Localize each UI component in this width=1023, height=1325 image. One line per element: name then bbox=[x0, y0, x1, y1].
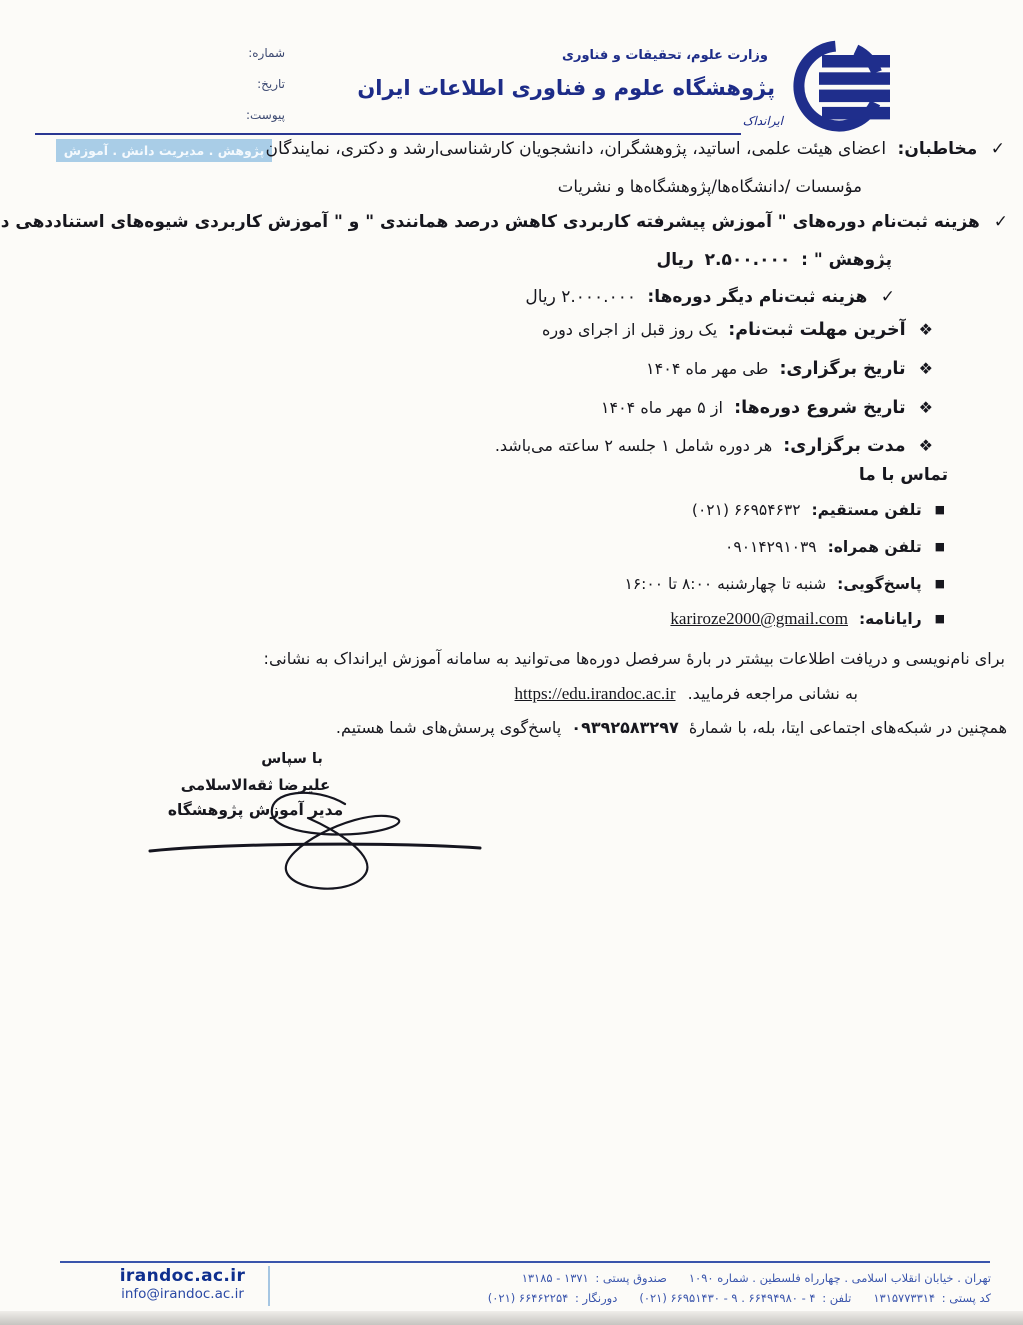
duration-value: هر دوره شامل ۱ جلسه ۲ ساعته می‌باشد. bbox=[495, 436, 772, 455]
fee-courses-line2: پژوهش " : ۲.۵۰۰.۰۰۰ ریال bbox=[656, 250, 892, 270]
footer-email-link[interactable]: info@irandoc.ac.ir bbox=[95, 1286, 270, 1302]
diamond-icon: ❖ bbox=[919, 359, 933, 378]
phone-mobile-label: تلفن همراه: bbox=[828, 538, 922, 556]
fee-courses-prefix: پژوهش " : bbox=[801, 250, 892, 270]
check-icon: ✓ bbox=[994, 212, 1008, 232]
closing-paragraph-line1: برای نام‌نویسی و دریافت اطلاعات بیشتر در… bbox=[264, 649, 1005, 668]
fax-value: (۰۲۱) ۶۶۴۶۲۲۵۴ bbox=[488, 1291, 569, 1305]
edu-portal-link[interactable]: https://edu.irandoc.ac.ir bbox=[515, 684, 676, 703]
fee-other-line: ✓ هزینه ثبت‌نام دیگر دوره‌ها: ۲.۰۰۰.۰۰۰ … bbox=[525, 287, 895, 307]
phone-mobile-line: ■ تلفن همراه: ۰۹۰۱۴۲۹۱۰۳۹ bbox=[725, 538, 945, 556]
footer-address-line2: کد پستی : ۱۳۱۵۷۷۳۳۱۴تلفن : (۰۲۱) ۶۶۹۵۱۴۳… bbox=[488, 1288, 991, 1308]
footer-web-block: irandoc.ac.ir info@irandoc.ac.ir bbox=[95, 1266, 270, 1302]
fee-courses-text: هزینه ثبت‌نام دوره‌های " آموزش پیشرفته ک… bbox=[0, 212, 980, 232]
start-date-label: تاریخ شروع دوره‌ها: bbox=[734, 398, 905, 418]
square-bullet-icon: ■ bbox=[935, 577, 945, 590]
square-bullet-icon: ■ bbox=[935, 540, 945, 553]
irandoc-logo-icon bbox=[792, 36, 905, 136]
duration-line: ❖ مدت برگزاری: هر دوره شامل ۱ جلسه ۲ ساع… bbox=[495, 436, 933, 456]
date-field-label: تاریخ: bbox=[246, 77, 285, 91]
start-date-value: از ۵ مهر ماه ۱۴۰۴ bbox=[601, 398, 723, 417]
institute-name: پژوهشگاه علوم و فناوری اطلاعات ایران bbox=[357, 76, 775, 100]
postcode-label: کد پستی : bbox=[942, 1291, 991, 1305]
closing-url-line: به نشانی مراجعه فرمایید. https://edu.ira… bbox=[515, 684, 858, 704]
attachment-field-label: پیوست: bbox=[246, 108, 285, 122]
event-date-line: ❖ تاریخ برگزاری: طی مهر ماه ۱۴۰۴ bbox=[646, 359, 933, 379]
contact-title: تماس با ما bbox=[859, 465, 948, 485]
social-text-post: پاسخ‌گوی پرسش‌های شما هستیم. bbox=[336, 718, 561, 737]
hours-label: پاسخ‌گویی: bbox=[837, 575, 922, 593]
social-text-pre: همچنین در شبکه‌های اجتماعی ایتا، بله، با… bbox=[689, 718, 1007, 737]
footer-tel: تلفن : (۰۲۱) ۶۶۹۵۱۴۳۰ - ۹ . ۶۶۴۹۴۹۸۰ - ۴ bbox=[639, 1291, 851, 1305]
scanned-letter-page: شماره: تاریخ: پیوست: وزارت علوم، تحقیقات… bbox=[0, 0, 1023, 1325]
header-rule bbox=[35, 133, 741, 135]
ministry-name: وزارت علوم، تحقیقات و فناوری bbox=[562, 48, 768, 63]
deadline-label: آخرین مهلت ثبت‌نام: bbox=[728, 320, 905, 340]
audience-line2: مؤسسات /دانشگاه‌ها/پژوهشگاه‌ها و نشریات bbox=[558, 177, 862, 196]
fee-other-label: هزینه ثبت‌نام دیگر دوره‌ها: bbox=[647, 287, 867, 307]
fee-courses-currency: ریال bbox=[656, 250, 693, 270]
fee-courses-line1: ✓ هزینه ثبت‌نام دوره‌های " آموزش پیشرفته… bbox=[0, 212, 1008, 232]
pobox-value: ۱۳۱۸۵ - ۱۳۷۱ bbox=[522, 1271, 589, 1285]
closing-social-line: همچنین در شبکه‌های اجتماعی ایتا، بله، با… bbox=[336, 718, 1007, 737]
diamond-icon: ❖ bbox=[919, 398, 933, 417]
tel-label: تلفن : bbox=[822, 1291, 851, 1305]
event-date-label: تاریخ برگزاری: bbox=[779, 359, 905, 379]
footer-address-block: تهران . خیابان انقلاب اسلامی . چهارراه ف… bbox=[488, 1268, 991, 1308]
handwritten-signature bbox=[140, 784, 490, 914]
footer-divider bbox=[268, 1266, 270, 1306]
closing-visit-text: به نشانی مراجعه فرمایید. bbox=[688, 684, 858, 703]
footer-rule bbox=[60, 1261, 990, 1263]
footer-fax: دورنگار : (۰۲۱) ۶۶۴۶۲۲۵۴ bbox=[488, 1291, 618, 1305]
reference-fields: شماره: تاریخ: پیوست: bbox=[246, 46, 285, 139]
check-icon: ✓ bbox=[991, 139, 1005, 159]
phone-direct-value: (۰۲۱) ۶۶۹۵۴۶۳۲ bbox=[692, 501, 801, 519]
social-number: ۰۹۳۹۲۵۸۳۲۹۷ bbox=[571, 718, 678, 737]
pobox: صندوق پستی : ۱۳۱۸۵ - ۱۳۷۱ bbox=[522, 1271, 667, 1285]
audience-label: مخاطبان: bbox=[898, 139, 978, 159]
postcode-value: ۱۳۱۵۷۷۳۳۱۴ bbox=[873, 1291, 935, 1305]
contact-email-link[interactable]: kariroze2000@gmail.com bbox=[670, 609, 848, 628]
square-bullet-icon: ■ bbox=[935, 503, 945, 516]
postcode: کد پستی : ۱۳۱۵۷۷۳۳۱۴ bbox=[873, 1291, 991, 1305]
scan-edge-shadow bbox=[0, 1311, 1023, 1325]
phone-direct-line: ■ تلفن مستقیم: (۰۲۱) ۶۶۹۵۴۶۳۲ bbox=[692, 501, 945, 519]
audience-line: ✓ مخاطبان: اعضای هیئت علمی، اساتید، پژوه… bbox=[266, 139, 1005, 159]
deadline-value: یک روز قبل از اجرای دوره bbox=[542, 320, 717, 339]
signature-thanks: با سپاس bbox=[232, 751, 352, 767]
start-date-line: ❖ تاریخ شروع دوره‌ها: از ۵ مهر ماه ۱۴۰۴ bbox=[601, 398, 933, 418]
fax-label: دورنگار : bbox=[575, 1291, 617, 1305]
pobox-label: صندوق پستی : bbox=[595, 1271, 666, 1285]
irandoc-label: ایرانداک bbox=[743, 114, 783, 128]
contact-email-label: رایانامه: bbox=[859, 610, 922, 628]
fee-other-value: ۲.۰۰۰.۰۰۰ ریال bbox=[525, 287, 636, 307]
irandoc-logo-svg bbox=[792, 36, 905, 136]
event-date-value: طی مهر ماه ۱۴۰۴ bbox=[646, 359, 768, 378]
tel-value: (۰۲۱) ۶۶۹۵۱۴۳۰ - ۹ . ۶۶۴۹۴۹۸۰ - ۴ bbox=[639, 1291, 815, 1305]
email-line: ■ رایانامه: kariroze2000@gmail.com bbox=[670, 609, 945, 629]
hours-line: ■ پاسخ‌گویی: شنبه تا چهارشنبه ۸:۰۰ تا ۱۶… bbox=[625, 575, 945, 593]
duration-label: مدت برگزاری: bbox=[783, 436, 905, 456]
phone-mobile-value: ۰۹۰۱۴۲۹۱۰۳۹ bbox=[725, 538, 817, 556]
phone-direct-label: تلفن مستقیم: bbox=[811, 501, 921, 519]
footer-website-link[interactable]: irandoc.ac.ir bbox=[95, 1266, 270, 1286]
department-banner: پژوهش . مدیریت دانش . آموزش bbox=[56, 139, 272, 162]
fee-courses-amount: ۲.۵۰۰.۰۰۰ bbox=[705, 250, 791, 270]
deadline-line: ❖ آخرین مهلت ثبت‌نام: یک روز قبل از اجرا… bbox=[542, 320, 933, 340]
audience-text: اعضای هیئت علمی، اساتید، پژوهشگران، دانش… bbox=[266, 139, 887, 159]
diamond-icon: ❖ bbox=[919, 320, 933, 339]
footer-address-line1: تهران . خیابان انقلاب اسلامی . چهارراه ف… bbox=[488, 1268, 991, 1288]
hours-value: شنبه تا چهارشنبه ۸:۰۰ تا ۱۶:۰۰ bbox=[625, 575, 827, 593]
diamond-icon: ❖ bbox=[919, 436, 933, 455]
check-icon: ✓ bbox=[881, 287, 895, 307]
square-bullet-icon: ■ bbox=[935, 612, 945, 625]
street-address: تهران . خیابان انقلاب اسلامی . چهارراه ف… bbox=[689, 1271, 991, 1285]
number-field-label: شماره: bbox=[246, 46, 285, 60]
